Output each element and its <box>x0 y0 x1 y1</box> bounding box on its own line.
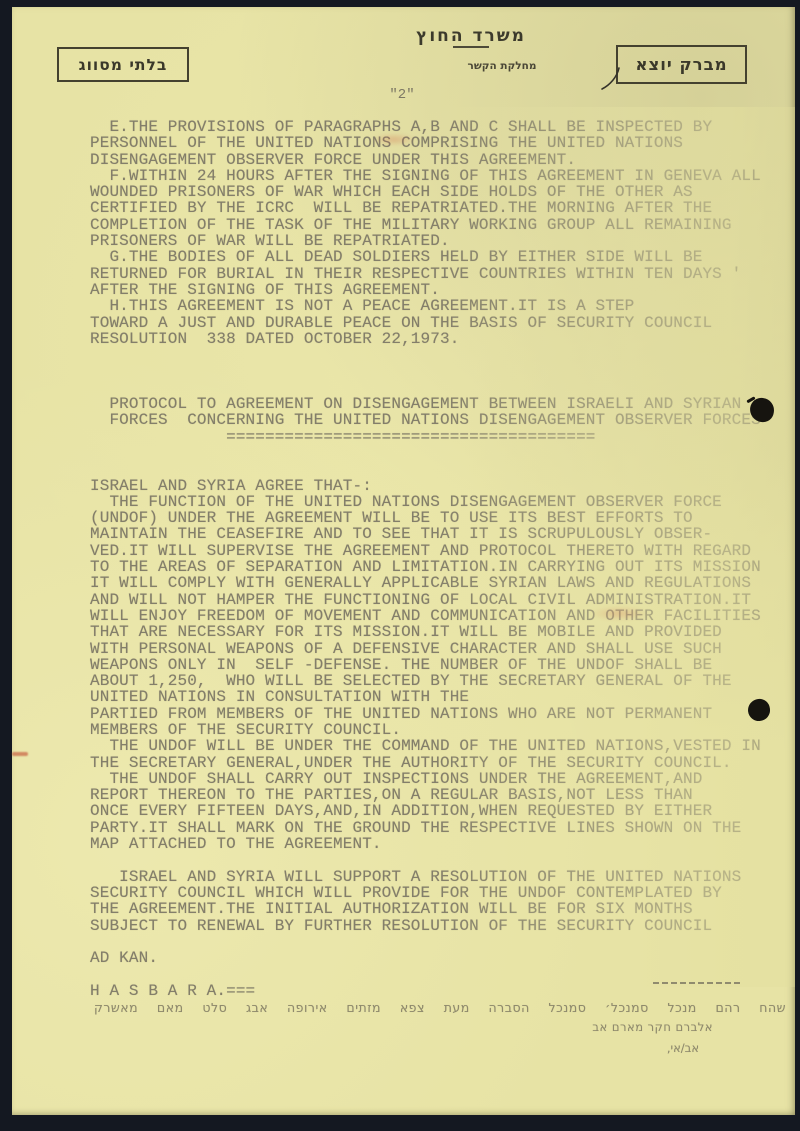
scan-backdrop: { "header": { "ministry": "משרד החוץ", "… <box>0 0 800 1131</box>
distribution-list-line: שהח רהם מנכל סמנכל׳ סמנכל הסברה מעת צפא … <box>94 1000 786 1015</box>
title-underline <box>453 46 489 48</box>
telegram-body-text: E.THE PROVISIONS OF PARAGRAPHS A,B AND C… <box>90 119 771 999</box>
footer-initials: אב/אי, <box>641 1041 699 1055</box>
classification-label: בלתי מסווג <box>79 56 168 74</box>
red-ink-smudge <box>372 133 416 146</box>
classification-box: בלתי מסווג <box>57 47 189 82</box>
page-number: "2" <box>370 87 434 103</box>
department-subtitle: מחלקת הקשר <box>441 60 563 72</box>
red-ink-tick <box>12 752 28 756</box>
red-ink-smudge <box>590 606 648 621</box>
telegram-type-label: מברק יוצא <box>635 55 727 74</box>
pen-mark-icon <box>600 65 622 93</box>
telegram-type-box: מברק יוצא <box>616 45 747 84</box>
document-page: משרד החוץ מחלקת הקשר בלתי מסווג מברק יוצ… <box>12 7 795 1115</box>
footer-reference-line: אלברם חקר מארם אב <box>565 1020 713 1034</box>
ministry-title: משרד החוץ <box>405 26 537 46</box>
footer-dashed-rule <box>653 982 741 984</box>
